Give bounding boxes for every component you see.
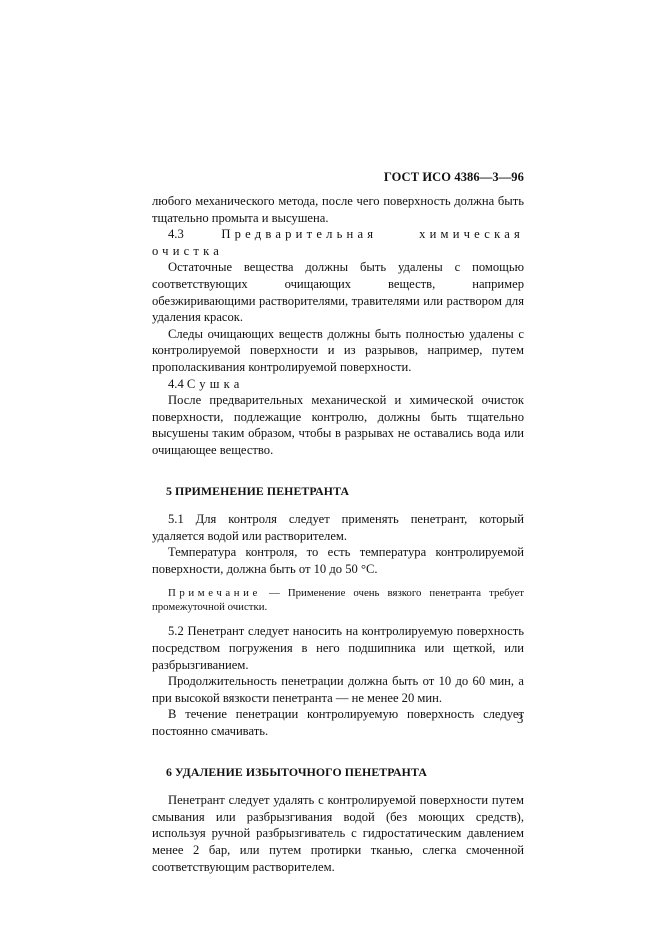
paragraph-5-1: 5.1 Для контроля следует применять пенет… [152, 511, 524, 544]
subsection-number: 4.3 [168, 227, 184, 241]
subsection-title: Предварительная химическая очистка [152, 227, 524, 258]
paragraph-5-2: 5.2 Пенетрант следует наносить на контро… [152, 623, 524, 673]
paragraph-5-2-b: Продолжительность пенетрации должна быть… [152, 673, 524, 706]
document-page: ГОСТ ИСО 4386—3—96 любого механического … [0, 0, 661, 935]
section-6-title: 6 УДАЛЕНИЕ ИЗБЫТОЧНОГО ПЕНЕТРАНТА [152, 764, 524, 781]
section-5-title: 5 ПРИМЕНЕНИЕ ПЕНЕТРАНТА [152, 483, 524, 500]
note-label: Примечание [168, 587, 261, 599]
paragraph-5-2-c: В течение пенетрации контролируемую пове… [152, 706, 524, 739]
subsection-4-4-heading: 4.4 Сушка [152, 376, 524, 393]
page-number: 3 [517, 712, 523, 727]
spacer [152, 614, 524, 623]
paragraph-4-4: После предварительных механической и хим… [152, 392, 524, 458]
paragraph-6: Пенетрант следует удалять с контролируем… [152, 792, 524, 875]
note: Примечание — Применение очень вязкого пе… [152, 586, 524, 614]
document-body: любого механического метода, после чего … [152, 193, 524, 875]
subsection-number: 4.4 [168, 377, 184, 391]
document-header-id: ГОСТ ИСО 4386—3—96 [384, 170, 524, 185]
paragraph-5-1-b: Температура контроля, то есть температур… [152, 544, 524, 577]
note-dash: — [261, 587, 288, 599]
paragraph-4-3-b: Следы очищающих веществ должны быть полн… [152, 326, 524, 376]
paragraph-4-3-a: Остаточные вещества должны быть удалены … [152, 259, 524, 325]
spacer [152, 577, 524, 586]
subsection-4-3-heading: 4.3 Предварительная химическая очистка [152, 226, 524, 259]
subsection-title: Сушка [187, 377, 244, 391]
paragraph-continued: любого механического метода, после чего … [152, 193, 524, 226]
